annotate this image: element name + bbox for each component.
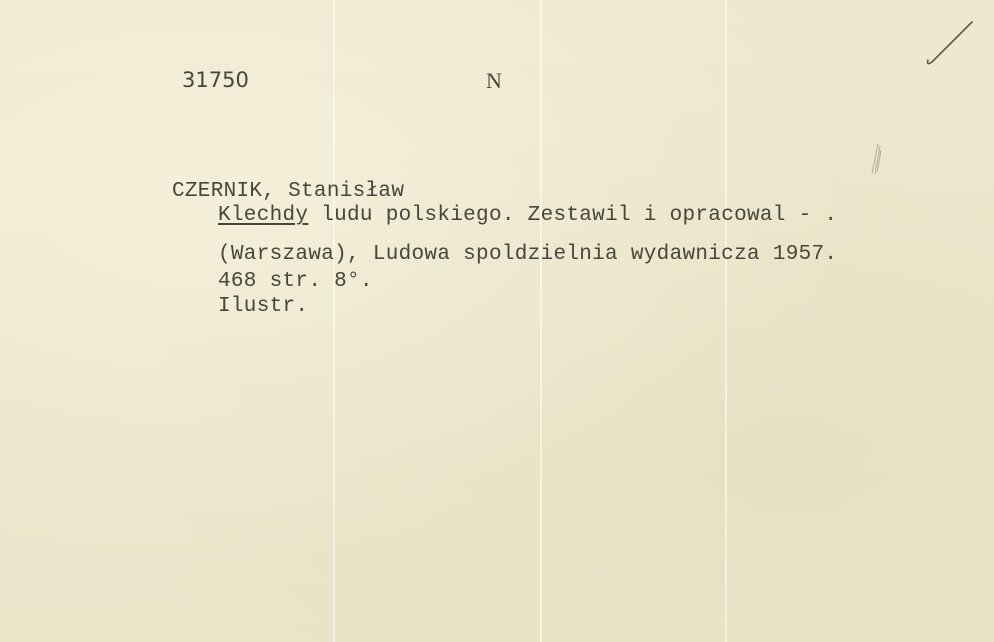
title-rest: ludu polskiego. Zestawil i opracowal - . <box>308 204 837 227</box>
call-number: 31750 <box>182 68 249 92</box>
fold-line <box>333 0 335 642</box>
pencil-check-mark-icon <box>920 18 980 68</box>
catalog-card: 31750 N CZERNIK, Stanisław Klechdy ludu … <box>0 0 994 642</box>
title-first-word: Klechdy <box>218 204 308 227</box>
collection-mark: N <box>486 68 502 94</box>
pagination-line: 468 str. 8°. <box>218 270 373 293</box>
author-heading: CZERNIK, Stanisław <box>172 180 404 203</box>
pencil-smudge-icon <box>866 138 886 178</box>
illustrations-note: Ilustr. <box>218 295 308 318</box>
fold-line <box>725 0 727 642</box>
title-line: Klechdy ludu polskiego. Zestawil i oprac… <box>218 204 837 227</box>
imprint-line: (Warszawa), Ludowa spoldzielnia wydawnic… <box>218 243 837 266</box>
fold-line <box>540 0 542 642</box>
